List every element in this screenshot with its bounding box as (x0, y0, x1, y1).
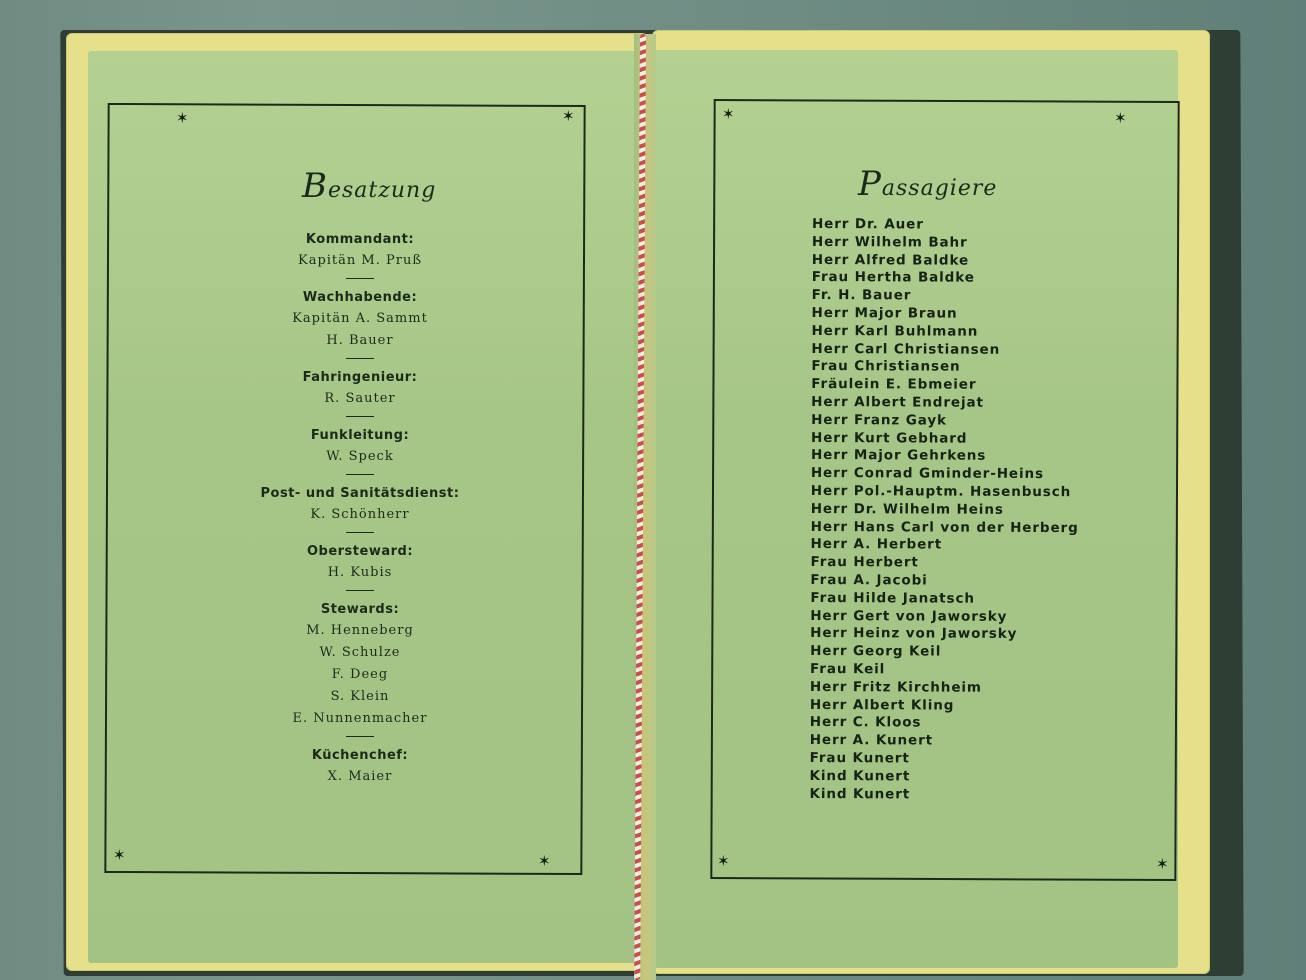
title-initial: B (302, 166, 328, 206)
list-item: Fräulein E. Ebmeier (811, 376, 1079, 395)
list-item: Frau Hertha Baldke (812, 269, 1080, 288)
list-item: Herr Georg Keil (810, 643, 1078, 662)
list-item: Herr Alfred Baldke (812, 252, 1080, 271)
list-item: Frau Hilde Janatsch (810, 590, 1078, 609)
crew-group: Post- und Sanitätsdienst: K. Schönherr (230, 484, 490, 526)
list-item: Frau Herbert (810, 554, 1078, 573)
crew-list: Kommandant: Kapitän M. Pruß Wachhabende:… (230, 230, 490, 788)
crew-name: Kapitän A. Sammt (230, 308, 490, 330)
crew-name: M. Henneberg (230, 620, 490, 642)
list-item: Herr Karl Buhlmann (811, 323, 1079, 342)
crew-group: Funkleitung: W. Speck (230, 426, 490, 468)
separator-rule (346, 736, 374, 737)
list-item: Herr Fritz Kirchheim (810, 679, 1078, 698)
list-item: Frau Kunert (810, 750, 1078, 769)
star-icon: ✶ (176, 111, 189, 126)
list-item: Herr Kurt Gebhard (811, 430, 1079, 449)
crew-group: Fahringenieur: R. Sauter (230, 368, 490, 410)
crew-role: Küchenchef: (230, 746, 490, 766)
separator-rule (346, 532, 374, 533)
passengers-title: Passagiere (858, 164, 997, 204)
crew-group: Obersteward: H. Kubis (230, 542, 490, 584)
list-item: Herr Albert Endrejat (811, 394, 1079, 413)
crew-name: E. Nunnenmacher (230, 708, 490, 730)
list-item: Herr Pol.-Hauptm. Hasenbusch (811, 483, 1079, 502)
crew-name: X. Maier (230, 766, 490, 788)
list-item: Herr Major Braun (812, 305, 1080, 324)
list-item: Herr Conrad Gminder-Heins (811, 465, 1079, 484)
crew-name: Kapitän M. Pruß (230, 250, 490, 272)
list-item: Frau A. Jacobi (810, 572, 1078, 591)
star-icon: ✶ (722, 107, 735, 122)
crew-role: Funkleitung: (230, 426, 490, 446)
crew-role: Fahringenieur: (230, 368, 490, 388)
list-item: Herr Carl Christiansen (811, 341, 1079, 360)
title-initial: P (858, 164, 882, 204)
list-item: Herr C. Kloos (810, 714, 1078, 733)
list-item: Frau Christiansen (811, 358, 1079, 377)
list-item: Kind Kunert (810, 768, 1078, 787)
star-icon: ✶ (717, 854, 730, 869)
list-item: Frau Keil (810, 661, 1078, 680)
crew-group: Kommandant: Kapitän M. Pruß (230, 230, 490, 272)
crew-group: Stewards: M. Henneberg W. Schulze F. Dee… (230, 600, 490, 730)
star-icon: ✶ (538, 854, 551, 869)
separator-rule (346, 474, 374, 475)
crew-name: F. Deeg (230, 664, 490, 686)
list-item: Herr A. Kunert (810, 732, 1078, 751)
crew-role: Obersteward: (230, 542, 490, 562)
list-item: Herr A. Herbert (811, 536, 1079, 555)
crew-name: W. Schulze (230, 642, 490, 664)
separator-rule (346, 358, 374, 359)
list-item: Fr. H. Bauer (812, 287, 1080, 306)
star-icon: ✶ (562, 109, 575, 124)
crew-title: Besatzung (302, 166, 436, 206)
crew-role: Stewards: (230, 600, 490, 620)
passenger-list: Herr Dr. Auer Herr Wilhelm Bahr Herr Alf… (809, 216, 1080, 804)
crew-name: W. Speck (230, 446, 490, 468)
crew-group: Wachhabende: Kapitän A. Sammt H. Bauer (230, 288, 490, 352)
crew-group: Küchenchef: X. Maier (230, 746, 490, 788)
list-item: Herr Dr. Wilhelm Heins (811, 501, 1079, 520)
separator-rule (346, 416, 374, 417)
crew-role: Wachhabende: (230, 288, 490, 308)
crew-name: H. Kubis (230, 562, 490, 584)
list-item: Herr Dr. Auer (812, 216, 1080, 235)
crew-name: R. Sauter (230, 388, 490, 410)
star-icon: ✶ (1156, 857, 1169, 872)
star-icon: ✶ (1114, 111, 1127, 126)
crew-name: H. Bauer (230, 330, 490, 352)
list-item: Herr Gert von Jaworsky (810, 608, 1078, 627)
list-item: Herr Heinz von Jaworsky (810, 625, 1078, 644)
list-item: Herr Major Gehrkens (811, 447, 1079, 466)
list-item: Kind Kunert (809, 785, 1077, 804)
list-item: Herr Franz Gayk (811, 412, 1079, 431)
crew-role: Post- und Sanitätsdienst: (230, 484, 490, 504)
list-item: Herr Wilhelm Bahr (812, 234, 1080, 253)
list-item: Herr Albert Kling (810, 697, 1078, 716)
crew-name: S. Klein (230, 686, 490, 708)
star-icon: ✶ (113, 848, 126, 863)
crew-name: K. Schönherr (230, 504, 490, 526)
title-rest: esatzung (328, 178, 436, 203)
separator-rule (346, 590, 374, 591)
list-item: Herr Hans Carl von der Herberg (811, 519, 1079, 538)
separator-rule (346, 278, 374, 279)
crew-role: Kommandant: (230, 230, 490, 250)
title-rest: assagiere (882, 176, 998, 201)
